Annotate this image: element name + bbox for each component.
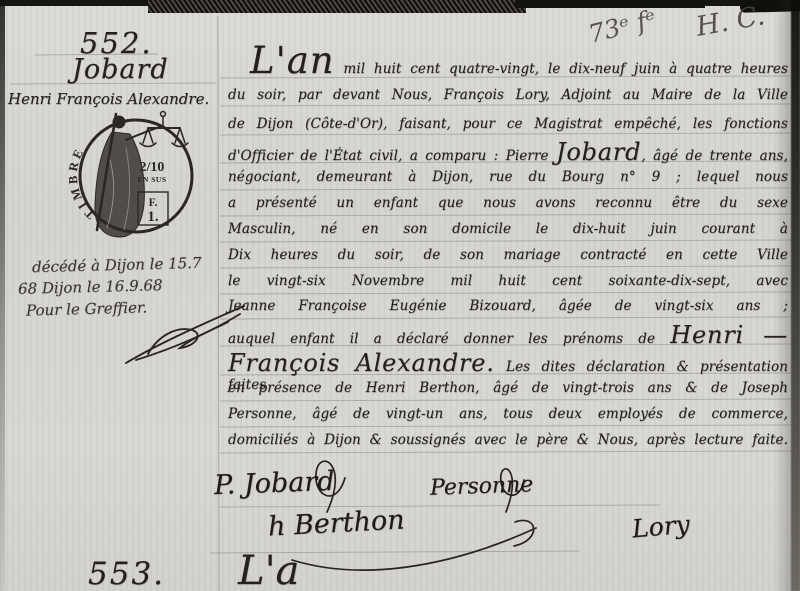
stamp-amount: 1. bbox=[147, 209, 159, 225]
child-forename-emphasis: Henri — bbox=[670, 321, 788, 349]
marginal-note-line-3: Pour le Greffier. bbox=[26, 298, 148, 319]
act-line-3: de Dijon (Côte-d'Or), faisant, pour ce M… bbox=[228, 117, 788, 133]
act-line-5: négociant, demeurant à Dijon, rue du Bou… bbox=[228, 170, 788, 186]
signature-witness-personne: Personne bbox=[430, 472, 534, 501]
entry-surname: Jobard bbox=[72, 54, 169, 85]
act-line-2: du soir, par devant Nous, François Lory,… bbox=[228, 88, 788, 104]
next-entry-opening-initial: L'a bbox=[238, 548, 299, 591]
signature-father: P. Jobard bbox=[213, 466, 335, 501]
stamp-surtax-value: 2/10 bbox=[140, 160, 165, 175]
fiscal-stamp: TIMBRE 2/10 EN SUS F. bbox=[66, 112, 192, 238]
act-line-13: en présence de Henri Berthon, âgé de vin… bbox=[228, 381, 788, 397]
act-line-1: L'an mil huit cent quatre-vingt, le dix-… bbox=[250, 40, 788, 83]
entry-given-names: Henri François Alexandre. bbox=[8, 90, 209, 108]
stamp-surtax-note: EN SUS bbox=[137, 175, 166, 184]
act-line-8: Dix heures du soir, de son mariage contr… bbox=[228, 248, 788, 264]
act-line-6: a présenté un enfant que nous avons reco… bbox=[228, 196, 788, 212]
act-line-11-pre: auquel enfant il a déclaré donner les pr… bbox=[228, 331, 655, 347]
act-line-1-text: mil huit cent quatre-vingt, le dix-neuf … bbox=[343, 61, 788, 77]
father-surname-emphasis: Jobard bbox=[556, 138, 641, 166]
marginal-note-line-2: 68 Dijon le 16.9.68 bbox=[18, 276, 163, 298]
act-line-15: domiciliés à Dijon & soussignés avec le … bbox=[228, 433, 788, 449]
act-line-4-pre: d'Officier de l'État civil, a comparu : … bbox=[228, 148, 549, 164]
register-page-scan: TIMBRE 2/10 EN SUS F. bbox=[0, 0, 800, 591]
stamp-currency: F. bbox=[149, 197, 158, 209]
act-line-4-post: , âgé de trente ans, bbox=[641, 148, 788, 164]
act-opening-initial: L'an bbox=[250, 39, 335, 82]
act-line-11: auquel enfant il a déclaré donner les pr… bbox=[228, 322, 788, 350]
act-line-14: Personne, âgé de vingt-un ans, tous deux… bbox=[228, 407, 788, 423]
signature-officer: Lory bbox=[631, 510, 691, 544]
next-entry-number: 553. bbox=[88, 556, 165, 591]
child-forenames-emphasis: François Alexandre. bbox=[228, 349, 495, 377]
act-line-9: le vingt-six Novembre mil huit cent soix… bbox=[228, 274, 788, 290]
act-line-7: Masculin, né en son domicile le dix-huit… bbox=[228, 222, 788, 238]
act-line-4: d'Officier de l'État civil, a comparu : … bbox=[228, 139, 788, 167]
act-line-10: Jeanne Françoise Eugénie Bizouard, âgée … bbox=[228, 299, 788, 315]
